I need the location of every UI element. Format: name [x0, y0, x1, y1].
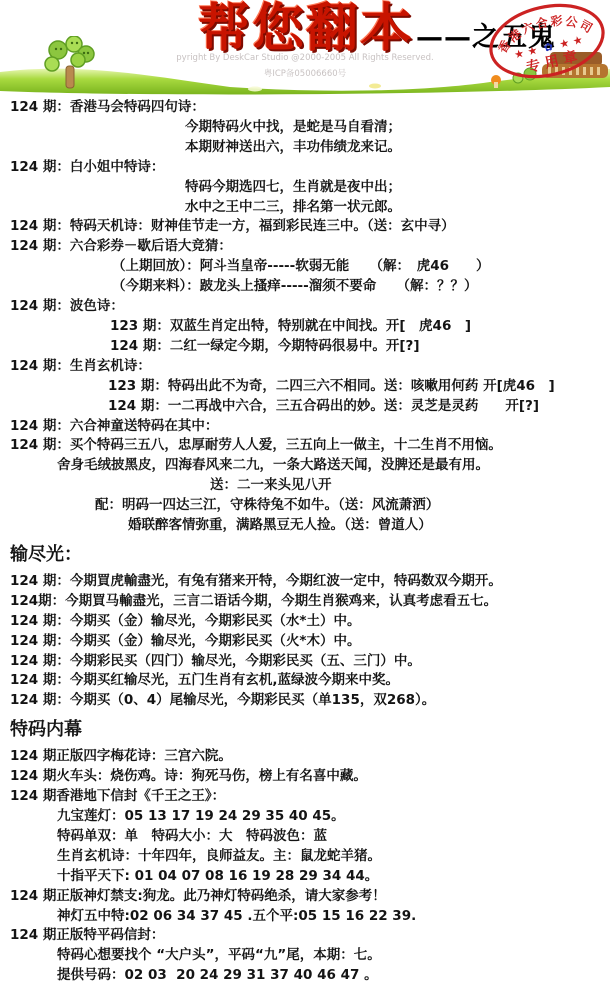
text-line: 124 期：六合彩券－歇后语大竞猜： [0, 237, 610, 257]
text-line: 神灯五中特:02 06 34 37 45 .五个平:05 15 16 22 39… [0, 907, 610, 927]
text-line: 124 期：一二再战中六合，三五合码出的妙。送：灵芝是灵药 开[?] [0, 397, 610, 417]
text-line: 124 期：买个特码三五八，忠厚耐劳人人爱，三五向上一做主，十二生肖不用恼。 [0, 436, 610, 456]
text-line: 123 期：双蓝生肖定出特，特别就在中间找。开[ 虎46 ] [0, 317, 610, 337]
text-line: 124 期：白小姐中特诗： [0, 158, 610, 178]
text-line: 生肖玄机诗：十年四年，良师益友。主：鼠龙蛇羊猪。 [0, 847, 610, 867]
text-line: 124 期：六合神童送特码在其中： [0, 417, 610, 437]
text-line: 十指平天下: 01 04 07 08 16 19 28 29 34 44。 [0, 867, 610, 887]
text-line: （上期回放）：阿斗当皇帝-----软弱无能 （解： 虎46 ） [0, 257, 610, 277]
text-line: 124 期：今期买（金）输尽光，今期彩民买（火*木）中。 [0, 632, 610, 652]
text-line: 124 期正版特平码信封： [0, 926, 610, 946]
stamp-stars-right-icon: ★ ★ [558, 33, 584, 51]
text-line: 特码心想要找个 “大户头”，平码“九”尾，本期：七。 [0, 946, 610, 966]
text-line: 124 期：今期彩民买（四门）输尽光，今期彩民买（五、三门）中。 [0, 652, 610, 672]
section-heading: 特码内幕 [0, 711, 610, 747]
text-line: 今期特码火中找，是蛇是马自看清； [0, 118, 610, 138]
text-line: 特码今期选四七，生肖就是夜中出； [0, 178, 610, 198]
company-stamp: 香港六合彩公司 ★ ★ ✿ ★ ★ 专 用 章 [485, 1, 609, 81]
text-line: 124 期火车头：烧伤鸡。诗：狗死马伤，榜上有名喜中藏。 [0, 767, 610, 787]
text-line: 124 期：生肖玄机诗： [0, 357, 610, 377]
text-line: 124 期：今期买（0、4）尾输尽光，今期彩民买（单135，双268）。 [0, 691, 610, 711]
text-line: （今期来料）：跛龙头上搔痒-----溜须不要命 （解：？？） [0, 277, 610, 297]
stamp-flower-icon: ✿ [543, 40, 555, 55]
text-line: 124 期：波色诗： [0, 297, 610, 317]
text-line: 配：明码一四达三江，守株待兔不如牛。（送：风流萧洒） [0, 496, 610, 516]
text-line: 提供号码：02 03 20 24 29 31 37 40 46 47 。 [0, 966, 610, 986]
text-line: 124 期：特码天机诗：财神佳节走一方，福到彩民连三中。（送：玄中寻） [0, 217, 610, 237]
content: 124 期：香港马会特码四句诗：今期特码火中找，是蛇是马自看清；本期财神送出六，… [0, 96, 610, 986]
page-header: 帮您翻本 ——之五鬼 pyright By DeskCar Studio @20… [0, 0, 610, 96]
page-title: 帮您翻本 [198, 0, 414, 58]
text-line: 124 期香港地下信封《千王之王》： [0, 787, 610, 807]
section-heading: 输尽光： [0, 536, 610, 572]
text-line: 婚联醉客情弥重，满路黑豆无人捡。（送：曾道人） [0, 516, 610, 536]
text-line: 124 期：二红一绿定今期，今期特码很易中。开[?] [0, 337, 610, 357]
text-line: 特码单双：单 特码大小：大 特码波色：蓝 [0, 827, 610, 847]
tree-icon [38, 36, 102, 92]
text-line: 九宝莲灯：05 13 17 19 24 29 35 40 45。 [0, 807, 610, 827]
icp-line: 粤ICP备05006660号 [176, 66, 433, 82]
text-line: 123 期：特码出此不为奇，二四三六不相同。送：咳嗽用何药 开[虎46 ] [0, 377, 610, 397]
text-line: 送：二一来头见八开 [0, 476, 610, 496]
text-line: 124 期：今期买（金）输尽光，今期彩民买（水*土）中。 [0, 612, 610, 632]
lottery-tip-sheet: { "colors": { "title_red": "#c81400", "s… [0, 0, 610, 986]
text-line: 本期财神送出六，丰功伟绩龙来记。 [0, 138, 610, 158]
text-line: 水中之王中二三，排名第一状元郎。 [0, 198, 610, 218]
text-line: 124期：今期買马輸盡光，三言二语话今期，今期生肖猴鸡来，认真考虑看五七。 [0, 592, 610, 612]
text-line: 舍身毛绒披黑皮，四海春风来二九，一条大路送天闻，没脾还是最有用。 [0, 456, 610, 476]
text-line: 124 期正版神灯禁支:狗龙。此乃神灯特码绝杀，请大家参考！ [0, 887, 610, 907]
text-line: 124 期：今期买红输尽光，五门生肖有玄机,蓝绿波今期来中奖。 [0, 671, 610, 691]
text-line: 124 期：香港马会特码四句诗： [0, 98, 610, 118]
text-line: 124 期：今期買虎輸盡光，有兔有猪来开特，今期红波一定中，特码数双今期开。 [0, 572, 610, 592]
text-line: 124 期正版四字梅花诗：三宫六院。 [0, 747, 610, 767]
